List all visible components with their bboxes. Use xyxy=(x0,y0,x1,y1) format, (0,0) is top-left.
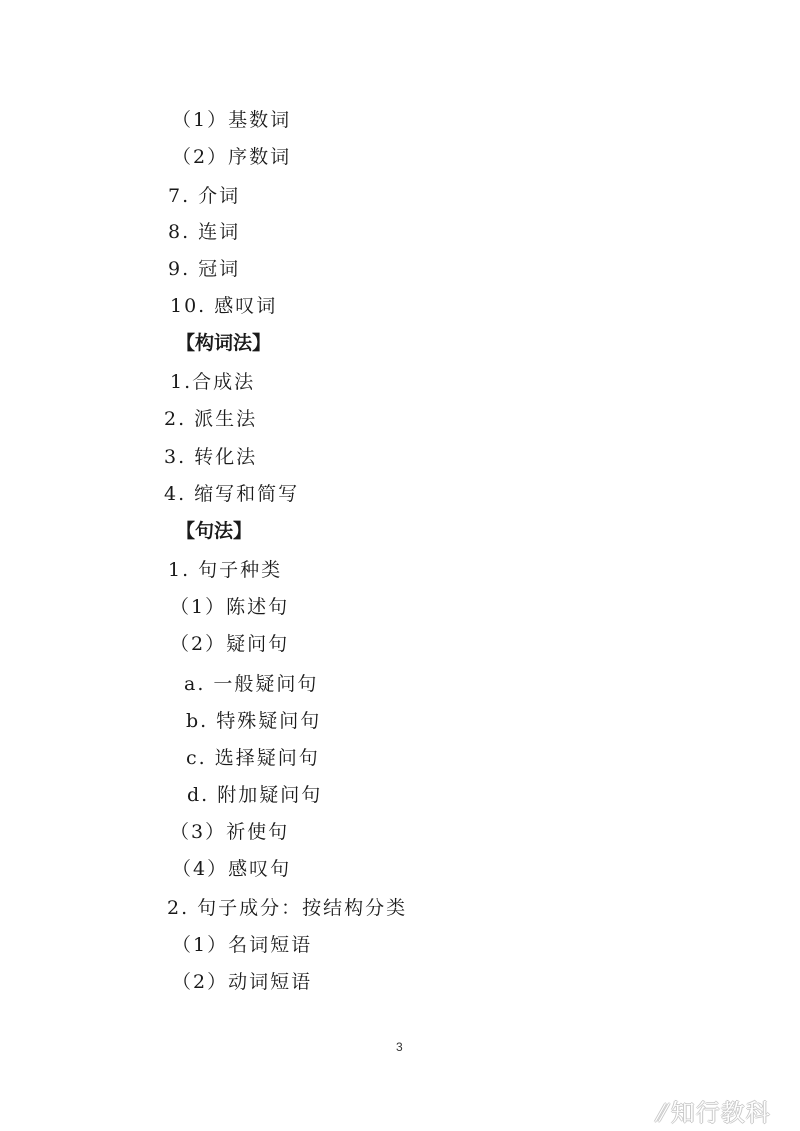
outline-item: （3）祈使句 xyxy=(170,820,289,844)
outline-item: （2）疑问句 xyxy=(170,632,289,656)
outline-item: 4. 缩写和简写 xyxy=(164,482,299,506)
watermark-text: 知行教科 xyxy=(671,1099,771,1127)
outline-item: 1. 句子种类 xyxy=(168,558,282,582)
watermark: ⫽知行教科 xyxy=(655,1093,771,1128)
outline-item: 2. 句子成分：按结构分类 xyxy=(167,896,407,920)
outline-item: a. 一般疑问句 xyxy=(184,672,318,696)
outline-item: （1）陈述句 xyxy=(170,595,289,619)
outline-item: b. 特殊疑问句 xyxy=(186,709,321,733)
outline-item: （1）名词短语 xyxy=(172,933,312,957)
page-number: 3 xyxy=(396,1040,403,1054)
outline-item: 9. 冠词 xyxy=(168,257,240,281)
outline-item: 7. 介词 xyxy=(168,184,240,208)
outline-item: d. 附加疑问句 xyxy=(187,783,322,807)
outline-item: 2. 派生法 xyxy=(164,407,257,431)
outline-item: （2）动词短语 xyxy=(172,970,312,994)
outline-item: （2）序数词 xyxy=(172,145,291,169)
outline-item: 10. 感叹词 xyxy=(170,294,277,318)
outline-item: c. 选择疑问句 xyxy=(186,746,320,770)
outline-item: 1.合成法 xyxy=(170,370,255,394)
watermark-logo-icon: ⫽ xyxy=(655,1099,667,1127)
outline-item: 3. 转化法 xyxy=(164,445,257,469)
section-heading: 【句法】 xyxy=(176,519,252,543)
outline-item: 8. 连词 xyxy=(168,220,240,244)
outline-item: （4）感叹句 xyxy=(172,857,291,881)
outline-item: （1）基数词 xyxy=(172,108,291,132)
section-heading: 【构词法】 xyxy=(176,331,271,355)
